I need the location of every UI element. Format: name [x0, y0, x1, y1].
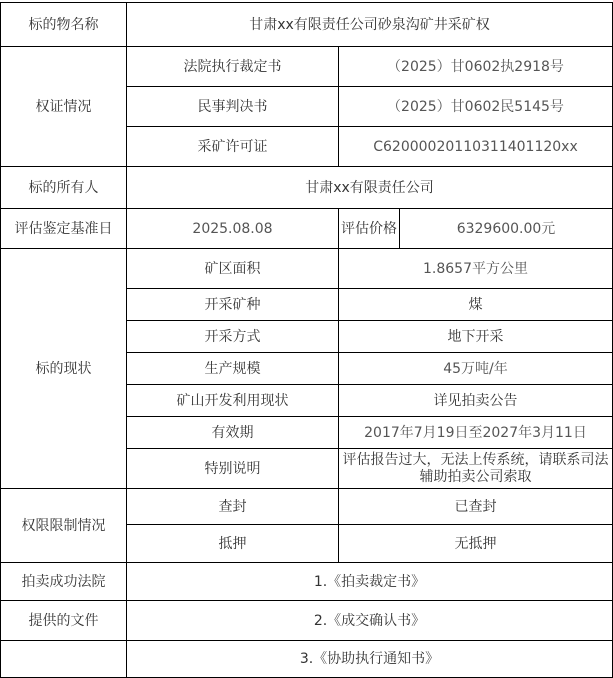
value-civil-judgment: （2025）甘0602民5145号: [339, 87, 613, 127]
label-documents-line1: 拍卖成功法院: [1, 563, 127, 601]
label-seizure: 查封: [127, 489, 339, 525]
document-item-3: 3.《协助执行通知书》: [127, 641, 613, 678]
label-mining-method: 开采方式: [127, 321, 339, 353]
label-validity: 有效期: [127, 417, 339, 449]
auction-info-table: 标的物名称 甘肃xx有限责任公司砂泉沟矿井采矿权 权证情况 法院执行裁定书 （2…: [0, 2, 613, 678]
value-subject-name: 甘肃xx有限责任公司砂泉沟矿井采矿权: [127, 3, 613, 47]
row-certificate-court-ruling: 权证情况 法院执行裁定书 （2025）甘0602执2918号: [1, 47, 613, 87]
label-mineral-type: 开采矿种: [127, 289, 339, 321]
label-mortgage: 抵押: [127, 525, 339, 563]
row-restriction-seizure: 权限限制情况 查封 已查封: [1, 489, 613, 525]
row-assessment: 评估鉴定基准日 2025.08.08 评估价格 6329600.00元: [1, 209, 613, 249]
row-subject-name: 标的物名称 甘肃xx有限责任公司砂泉沟矿井采矿权: [1, 3, 613, 47]
value-assessment-date: 2025.08.08: [127, 209, 339, 249]
label-court-ruling: 法院执行裁定书: [127, 47, 339, 87]
value-development-status: 详见拍卖公告: [339, 385, 613, 417]
label-mine-area: 矿区面积: [127, 249, 339, 289]
label-assessment-price: 评估价格: [339, 209, 400, 249]
value-court-ruling: （2025）甘0602执2918号: [339, 47, 613, 87]
label-documents-empty: [1, 641, 127, 678]
label-restrictions: 权限限制情况: [1, 489, 127, 563]
row-documents-1: 拍卖成功法院 1.《拍卖裁定书》: [1, 563, 613, 601]
value-production-scale: 45万吨/年: [339, 353, 613, 385]
value-mining-license: C6200002011031140112​0xx: [339, 127, 613, 167]
label-assessment-date: 评估鉴定基准日: [1, 209, 127, 249]
document-item-2: 2.《成交确认书》: [127, 601, 613, 641]
document-item-1: 1.《拍卖裁定书》: [127, 563, 613, 601]
label-production-scale: 生产规模: [127, 353, 339, 385]
row-owner: 标的所有人 甘肃xx有限责任公司: [1, 167, 613, 209]
value-owner: 甘肃xx有限责任公司: [127, 167, 613, 209]
label-certificate: 权证情况: [1, 47, 127, 167]
value-validity: 2017年7月19日至2027年3月11日: [339, 417, 613, 449]
row-status-area: 标的现状 矿区面积 1.8657平方公里: [1, 249, 613, 289]
row-documents-3: 3.《协助执行通知书》: [1, 641, 613, 678]
label-subject-name: 标的物名称: [1, 3, 127, 47]
value-mineral-type: 煤: [339, 289, 613, 321]
value-special-note: 评估报告过大，无法上传系统，请联系司法辅助拍卖公司索取: [339, 449, 613, 489]
value-mine-area: 1.8657平方公里: [339, 249, 613, 289]
label-documents-line2: 提供的文件: [1, 601, 127, 641]
value-mining-method: 地下开采: [339, 321, 613, 353]
label-status: 标的现状: [1, 249, 127, 489]
value-mortgage: 无抵押: [339, 525, 613, 563]
label-civil-judgment: 民事判决书: [127, 87, 339, 127]
label-mining-license: 采矿许可证: [127, 127, 339, 167]
label-development-status: 矿山开发利用现状: [127, 385, 339, 417]
value-assessment-price: 6329600.00元: [400, 209, 613, 249]
value-seizure: 已查封: [339, 489, 613, 525]
label-special-note: 特别说明: [127, 449, 339, 489]
row-documents-2: 提供的文件 2.《成交确认书》: [1, 601, 613, 641]
label-owner: 标的所有人: [1, 167, 127, 209]
